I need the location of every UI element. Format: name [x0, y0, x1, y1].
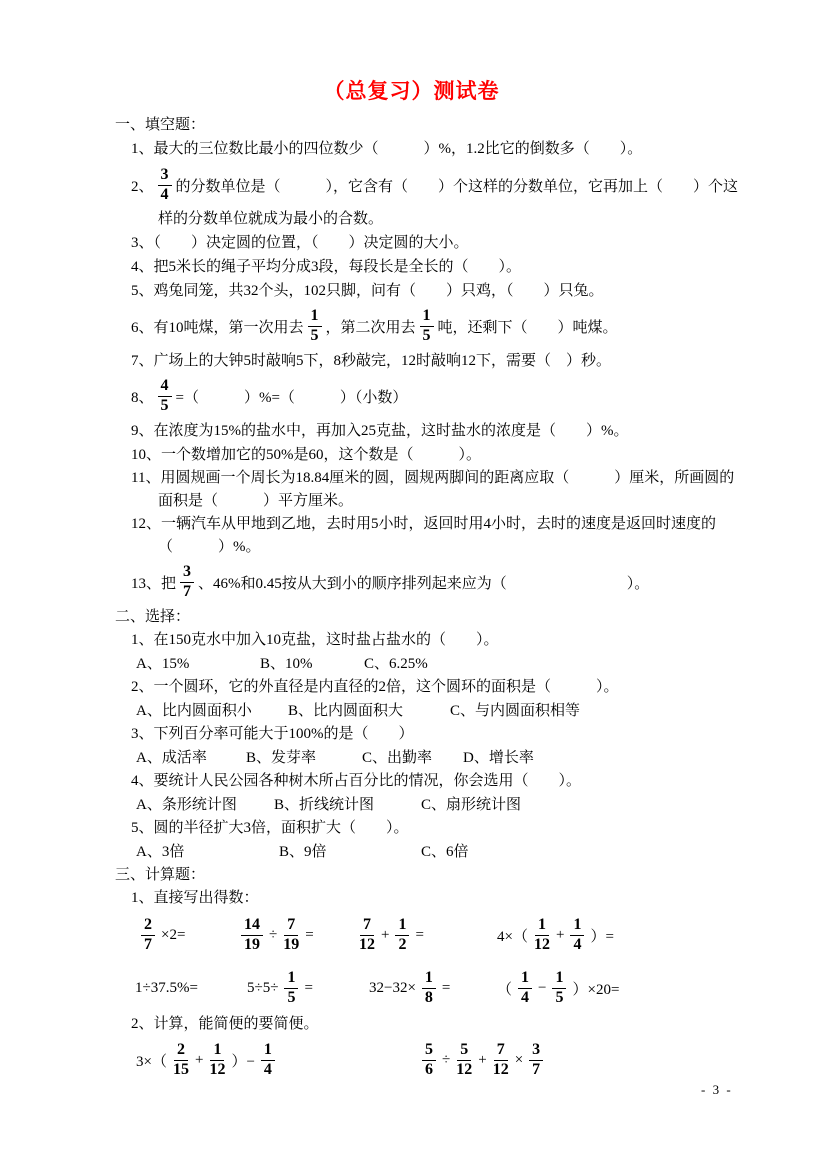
option-a: A、比内圆面积小	[136, 700, 288, 724]
operator-text: +	[381, 927, 389, 944]
fraction-numerator: 1	[308, 308, 322, 327]
fraction: 27	[141, 917, 155, 954]
fraction-denominator: 7	[532, 1061, 540, 1079]
choice-q3: 3、下列百分率可能大于100%的是（ ）	[131, 723, 823, 747]
fill-q4: 4、把5米长的绳子平均分成3段，每段长是全长的（ ）。	[131, 255, 823, 279]
fraction-denominator: 5	[161, 397, 169, 415]
fraction-denominator: 7	[144, 936, 152, 954]
fill-q13: 13、把37、46%和0.45按从大到小的顺序排列起来应为（ ）。	[131, 559, 823, 605]
fraction-numerator: 1	[518, 970, 532, 989]
fill-q2: 2、34的分数单位是（ ），它含有（ ）个这样的分数单位，它再加上（ ）个这	[131, 162, 823, 208]
fraction-denominator: 4	[521, 989, 529, 1007]
fraction-numerator: 7	[284, 917, 298, 936]
worksheet-page: （总复习）测试卷 一、填空题： 1、最大的三位数比最小的四位数少（ ）%，1.2…	[0, 0, 823, 1166]
option-a: A、成活率	[136, 747, 246, 771]
fraction-numerator: 14	[241, 917, 263, 936]
fraction-denominator: 6	[425, 1061, 433, 1079]
fill-q6-post: 吨，还剩下（ ）吨煤。	[438, 316, 618, 337]
fraction-numerator: 7	[494, 1042, 508, 1061]
operator-text: −	[538, 980, 546, 997]
operator-text: =	[305, 927, 313, 944]
fraction-denominator: 12	[359, 936, 375, 954]
option-a: A、条形统计图	[136, 794, 274, 818]
fraction-numerator: 5	[457, 1042, 471, 1061]
operator-text: =	[415, 927, 423, 944]
fill-q2-cont: 样的分数单位就成为最小的合数。	[158, 208, 823, 231]
fraction-numerator: 3	[529, 1042, 543, 1061]
fill-q11-cont: 面积是（ ）平方厘米。	[158, 490, 823, 513]
fraction-numerator: 1	[535, 917, 549, 936]
operator-text: ）−	[231, 1050, 254, 1071]
page-title: （总复习）测试卷	[0, 78, 823, 104]
fraction: 14	[518, 970, 532, 1007]
option-c: C、6倍	[421, 841, 469, 865]
operator-text: =	[304, 980, 312, 997]
fraction: 37	[180, 564, 194, 601]
option-c: C、与内圆面积相等	[450, 700, 580, 724]
fraction: 712	[493, 1042, 509, 1079]
expression: 5÷5÷15=	[245, 970, 367, 1007]
expression: 1÷37.5%=	[133, 980, 245, 997]
choice-q2: 2、一个圆环，它的外直径是内直径的2倍，这个圆环的面积是（ ）。	[131, 676, 823, 700]
fraction-denominator: 15	[173, 1061, 189, 1079]
fraction-denominator: 5	[423, 327, 431, 345]
fill-q2-post: 的分数单位是（ ），它含有（ ）个这样的分数单位，它再加上（ ）个这	[176, 175, 739, 196]
operator-text: 5÷5÷	[247, 980, 278, 997]
fill-q10: 10、一个数增加它的50%是60，这个数是（ ）。	[131, 443, 823, 467]
option-b: B、10%	[260, 653, 364, 677]
choice-q5-options: A、3倍 B、9倍 C、6倍	[136, 841, 823, 865]
fraction: 45	[158, 378, 172, 415]
operator-text: +	[478, 1052, 486, 1069]
fraction-denominator: 12	[493, 1061, 509, 1079]
fraction-denominator: 5	[555, 989, 563, 1007]
fill-q1: 1、最大的三位数比最小的四位数少（ ）%，1.2比它的倒数多（ ）。	[131, 137, 823, 162]
page-content: （总复习）测试卷 一、填空题： 1、最大的三位数比最小的四位数少（ ）%，1.2…	[0, 0, 823, 1083]
fill-q7: 7、广场上的大钟5时敲响5下，8秒敲完，12时敲响12下，需要（ ）秒。	[131, 349, 823, 373]
expression: 4×（112+14）=	[495, 917, 616, 954]
fraction-denominator: 5	[311, 327, 319, 345]
fraction: 512	[456, 1042, 472, 1079]
fraction: 112	[209, 1042, 225, 1079]
fraction-numerator: 1	[420, 308, 434, 327]
calc-row-1: 27×2= 1419÷719= 712+12= 4×（112+14）=	[137, 912, 823, 958]
operator-text: +	[556, 927, 564, 944]
section-choice-heading: 二、选择：	[115, 605, 823, 629]
fill-q9: 9、在浓度为15%的盐水中，再加入25克盐，这时盐水的浓度是（ ）%。	[131, 419, 823, 443]
fraction-denominator: 19	[244, 936, 260, 954]
expression: 56÷512+712×37	[418, 1042, 547, 1079]
fill-q6-pre: 6、有10吨煤，第一次用去	[131, 316, 304, 337]
choice-q3-options: A、成活率 B、发芽率 C、出勤率 D、增长率	[136, 747, 823, 771]
fraction-denominator: 4	[161, 186, 169, 204]
option-d: D、增长率	[463, 747, 534, 771]
section-calc-heading: 三、计算题：	[115, 864, 823, 887]
option-c: C、出勤率	[362, 747, 463, 771]
fraction: 37	[529, 1042, 543, 1079]
fraction: 15	[420, 308, 434, 345]
operator-text: 1÷37.5%=	[135, 980, 198, 997]
fill-q13-post: 、46%和0.45按从大到小的顺序排列起来应为（ ）。	[198, 572, 649, 593]
fraction: 56	[422, 1042, 436, 1079]
choice-q4-options: A、条形统计图 B、折线统计图 C、扇形统计图	[136, 794, 823, 818]
fraction: 112	[534, 917, 550, 954]
fraction-numerator: 3	[158, 167, 172, 186]
fraction-numerator: 1	[552, 970, 566, 989]
fraction-denominator: 12	[534, 936, 550, 954]
fraction-denominator: 5	[287, 989, 295, 1007]
choice-q5: 5、圆的半径扩大3倍，面积扩大（ ）。	[131, 817, 823, 841]
option-b: B、发芽率	[246, 747, 362, 771]
fraction: 1419	[241, 917, 263, 954]
fraction: 15	[284, 970, 298, 1007]
fraction: 18	[422, 970, 436, 1007]
choice-q1: 1、在150克水中加入10克盐，这时盐占盐水的（ ）。	[131, 629, 823, 653]
fraction: 215	[173, 1042, 189, 1079]
fraction-numerator: 1	[570, 917, 584, 936]
option-c: C、扇形统计图	[421, 794, 521, 818]
operator-text: ×2=	[161, 927, 185, 944]
fill-q6-mid: ，第二次用去	[326, 316, 416, 337]
operator-text: ）=	[590, 925, 613, 946]
fraction: 14	[570, 917, 584, 954]
fraction: 12	[395, 917, 409, 954]
operator-text: ÷	[442, 1052, 450, 1069]
fraction-denominator: 4	[264, 1061, 272, 1079]
calc-sub1: 1、直接写出得数：	[131, 887, 823, 910]
operator-text: （	[497, 978, 512, 999]
fill-q6: 6、有10吨煤，第一次用去15，第二次用去15吨，还剩下（ ）吨煤。	[131, 303, 823, 349]
section-fill-heading: 一、填空题：	[115, 113, 823, 137]
calc-row-2: 1÷37.5%= 5÷5÷15= 32−32×18= （14−15）×20=	[133, 966, 823, 1010]
fill-q3: 3、（ ）决定圆的位置，（ ）决定圆的大小。	[131, 231, 823, 255]
calc-row-3: 3×（215+112）−14 56÷512+712×37	[134, 1037, 823, 1083]
fraction-numerator: 1	[422, 970, 436, 989]
choice-q2-options: A、比内圆面积小 B、比内圆面积大 C、与内圆面积相等	[136, 700, 823, 724]
fraction-denominator: 4	[573, 936, 581, 954]
fraction-numerator: 1	[284, 970, 298, 989]
fraction-numerator: 2	[174, 1042, 188, 1061]
fraction-denominator: 12	[209, 1061, 225, 1079]
fraction: 14	[261, 1042, 275, 1079]
operator-text: 32−32×	[369, 980, 416, 997]
option-b: B、9倍	[279, 841, 421, 865]
fraction-numerator: 7	[360, 917, 374, 936]
operator-text: 4×（	[497, 925, 528, 946]
fill-q8: 8、45=（ ）%=（ ）（小数）	[131, 373, 823, 419]
expression: 3×（215+112）−14	[134, 1042, 418, 1079]
fraction-numerator: 4	[158, 378, 172, 397]
fraction: 15	[552, 970, 566, 1007]
fill-q12-cont: （ ）%。	[158, 536, 823, 559]
fraction-numerator: 5	[422, 1042, 436, 1061]
expression: （14−15）×20=	[495, 970, 621, 1007]
fraction: 719	[283, 917, 299, 954]
fill-q11: 11、用圆规画一个周长为18.84厘米的圆，圆规两脚间的距离应取（ ）厘米，所画…	[131, 467, 823, 490]
choice-q1-options: A、15% B、10% C、6.25%	[136, 653, 823, 677]
fraction: 34	[158, 167, 172, 204]
operator-text: ÷	[269, 927, 277, 944]
fraction-denominator: 19	[283, 936, 299, 954]
expression: 712+12=	[355, 917, 495, 954]
option-b: B、比内圆面积大	[288, 700, 450, 724]
fill-q13-pre: 13、把	[131, 572, 176, 593]
expression: 27×2=	[137, 917, 237, 954]
expression: 1419÷719=	[237, 917, 355, 954]
fraction-numerator: 1	[261, 1042, 275, 1061]
operator-text: 3×（	[136, 1050, 167, 1071]
fill-q8-post: =（ ）%=（ ）（小数）	[176, 386, 408, 407]
fraction-denominator: 7	[183, 583, 191, 601]
operator-text: ×	[515, 1052, 523, 1069]
fill-q2-pre: 2、	[131, 175, 154, 196]
option-a: A、3倍	[136, 841, 279, 865]
fraction: 15	[308, 308, 322, 345]
choice-q4: 4、要统计人民公园各种树木所占百分比的情况，你会选用（ ）。	[131, 770, 823, 794]
fraction-numerator: 1	[395, 917, 409, 936]
operator-text: =	[442, 980, 450, 997]
fill-q5: 5、鸡兔同笼，共32个头，102只脚，问有（ ）只鸡，（ ）只兔。	[131, 279, 823, 303]
calc-sub2: 2、计算，能简便的要简便。	[131, 1013, 823, 1035]
fill-q12: 12、一辆汽车从甲地到乙地，去时用5小时，返回时用4小时，去时的速度是返回时速度…	[131, 513, 823, 536]
fraction-numerator: 1	[210, 1042, 224, 1061]
operator-text: +	[195, 1052, 203, 1069]
page-number: - 3 -	[701, 1082, 733, 1098]
fraction-denominator: 2	[398, 936, 406, 954]
fraction-numerator: 3	[180, 564, 194, 583]
option-c: C、6.25%	[364, 653, 428, 677]
operator-text: ）×20=	[572, 978, 619, 999]
fraction-denominator: 12	[456, 1061, 472, 1079]
fill-q8-pre: 8、	[131, 386, 154, 407]
option-a: A、15%	[136, 653, 260, 677]
option-b: B、折线统计图	[274, 794, 421, 818]
fraction: 712	[359, 917, 375, 954]
fraction-denominator: 8	[425, 989, 433, 1007]
expression: 32−32×18=	[367, 970, 495, 1007]
fraction-numerator: 2	[141, 917, 155, 936]
